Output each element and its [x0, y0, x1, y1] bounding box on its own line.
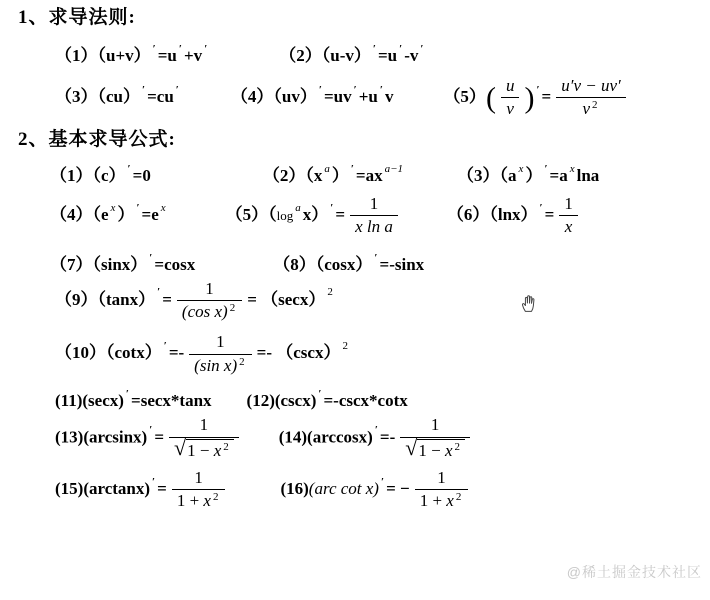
math-text: lna: [577, 166, 600, 185]
superscript: ′: [136, 202, 139, 214]
math-text: =-: [380, 427, 395, 446]
superscript: ′: [149, 424, 152, 436]
superscript: ′: [128, 163, 131, 175]
formula-row: （10）（cotx）′=-1(sin x)2=- （cscx）2: [0, 332, 710, 376]
math-text: x: [445, 441, 453, 460]
math-text: =: [335, 205, 345, 224]
math-text: +v: [184, 46, 202, 65]
formula-2-2: （2）（xa）′=axa−1: [263, 161, 405, 186]
math-text: log: [277, 208, 294, 223]
math-text: （2）（x: [263, 166, 323, 185]
fraction: 11 + x2: [415, 468, 469, 512]
superscript: ′: [375, 424, 378, 436]
math-text: =cosx: [154, 255, 195, 274]
math-text: （1）（u+v）: [55, 46, 151, 65]
math-text: (cos x): [182, 302, 228, 321]
superscript: ′: [149, 252, 152, 264]
superscript: ′: [152, 476, 155, 488]
superscript: 2: [239, 356, 245, 368]
superscript: ′: [126, 388, 129, 400]
formula-2-10: （10）（cotx）′=-1(sin x)2=- （cscx）2: [55, 332, 350, 376]
fraction: 1(cos x)2: [177, 279, 242, 323]
superscript: ′: [373, 43, 376, 55]
math-text: u′v − uv′: [561, 76, 621, 95]
math-text: =: [157, 479, 167, 498]
superscript: 2: [230, 302, 236, 314]
formula-2-13: (13)(arcsinx)′=1√1 − x2: [55, 415, 244, 462]
math-text: （9）（tanx）: [55, 289, 155, 308]
fraction: u′v − uv′v2: [556, 76, 626, 120]
math-text: 1: [564, 194, 573, 213]
math-text: =: [154, 427, 164, 446]
superscript: ′: [380, 84, 383, 96]
radical-sign-icon: √: [174, 437, 186, 459]
math-text: =0: [133, 166, 151, 185]
formula-1-1: （1）（u+v）′=u′+v′: [55, 41, 209, 66]
superscript: ′: [330, 202, 333, 214]
math-text: x: [214, 441, 222, 460]
math-text: 1: [216, 332, 225, 351]
superscript: ′: [354, 84, 357, 96]
superscript: x: [519, 163, 524, 175]
formula-2-4: （4）（ex）′=ex: [50, 200, 168, 225]
math-text: (14)(arccosx): [279, 427, 373, 446]
math-text: 1 −: [187, 441, 214, 460]
math-text: (12)(cscx): [247, 391, 317, 410]
section-2-title: 2、基本求导公式:: [18, 124, 710, 151]
formula-row: （7）（sinx）′=cosx（8）（cosx）′=-sinx: [0, 250, 710, 275]
math-text: =e: [142, 205, 159, 224]
superscript: x: [111, 202, 116, 214]
radical-sign-icon: √: [405, 437, 417, 459]
math-text: (15)(arctanx): [55, 479, 150, 498]
formula-row: (11)(secx)′=secx*tanx(12)(cscx)′=-cscx*c…: [0, 388, 710, 411]
math-text: +u: [359, 87, 378, 106]
formula-1-2: （2）（u-v）′=u′-v′: [279, 41, 425, 66]
math-text: 1: [200, 415, 209, 434]
math-text: =secx*tanx: [131, 391, 212, 410]
derivative-notes-page: 1、求导法则: （1）（u+v）′=u′+v′（2）（u-v）′=u′-v′（3…: [0, 0, 710, 600]
math-text: =uv: [324, 87, 352, 106]
math-text: (13)(arcsinx): [55, 427, 147, 446]
math-text: u: [506, 76, 515, 95]
superscript: ′: [319, 84, 322, 96]
section-1-title: 1、求导法则:: [18, 2, 710, 29]
formula-1-4: （4）（uv）′=uv′+u′v: [231, 82, 394, 107]
superscript: ′: [164, 340, 167, 352]
sqrt-radical: √1 − x2: [174, 439, 234, 461]
watermark: @稀土掘金技术社区: [567, 562, 702, 582]
math-text: x: [565, 217, 573, 236]
math-text: （5）: [443, 87, 486, 106]
math-text: 1 +: [177, 491, 204, 510]
grab-hand-cursor-icon: [519, 292, 539, 314]
formula-row: （3）（cu）′=cu′（4）（uv）′=uv′+u′v（5）(uv)′=u′v…: [0, 76, 710, 120]
math-text: (: [486, 81, 496, 114]
math-text: = −: [386, 479, 410, 498]
math-text: =a: [550, 166, 568, 185]
math-text: ）: [117, 205, 134, 224]
math-text: v: [582, 99, 590, 118]
superscript: 2: [456, 491, 462, 503]
superscript: x: [161, 202, 166, 214]
superscript: ′: [351, 163, 354, 175]
superscript: a: [295, 202, 301, 214]
math-text: v: [506, 99, 514, 118]
superscript: ′: [374, 252, 377, 264]
superscript: x: [570, 163, 575, 175]
formula-row: （1）（c）′=0（2）（xa）′=axa−1（3）（ax）′=axlna: [0, 161, 710, 186]
math-text: x ln a: [355, 217, 393, 236]
math-text: （6）（lnx）: [447, 205, 538, 224]
fraction: 1x: [559, 194, 578, 238]
fraction: 1x ln a: [350, 194, 398, 238]
formula-2-5: （5）（logax）′=1x ln a: [226, 194, 403, 238]
math-text: =-: [169, 343, 184, 362]
sqrt-radical: √1 − x2: [405, 439, 465, 461]
math-text: v: [385, 87, 394, 106]
superscript: ′: [540, 202, 543, 214]
superscript: ′: [399, 43, 402, 55]
math-text: ）: [525, 166, 542, 185]
math-text: 1 +: [420, 491, 447, 510]
formula-row: （9）（tanx）′=1(cos x)2= （secx）2: [0, 279, 710, 323]
math-text: （3）（a: [457, 166, 517, 185]
formula-2-16: (16)(arc cot x)′= −11 + x2: [280, 468, 473, 512]
formula-1-5: （5）(uv)′=u′v − uv′v2: [443, 76, 630, 120]
superscript: 2: [592, 99, 598, 111]
superscript: ′: [381, 476, 384, 488]
superscript: 2: [455, 441, 461, 453]
superscript: ′: [142, 84, 145, 96]
superscript: 2: [342, 340, 348, 352]
superscript: 2: [327, 286, 333, 298]
formula-2-6: （6）（lnx）′=1x: [447, 194, 583, 238]
fraction: 11 + x2: [172, 468, 226, 512]
formula-2-15: (15)(arctanx)′=11 + x2: [55, 468, 230, 512]
superscript: 2: [223, 441, 229, 453]
math-text: （2）（u-v）: [279, 46, 371, 65]
math-text: (16): [280, 479, 308, 498]
fraction: 1√1 − x2: [169, 415, 239, 462]
fraction: uv: [501, 76, 520, 120]
math-text: (11)(secx): [55, 391, 124, 410]
superscript: ′: [157, 286, 160, 298]
math-text: -v: [404, 46, 418, 65]
superscript: ′: [318, 388, 321, 400]
math-text: （4）（uv）: [231, 87, 317, 106]
superscript: ′: [176, 84, 179, 96]
math-text: （5）（: [226, 205, 277, 224]
math-text: =: [162, 289, 172, 308]
superscript: 2: [213, 491, 219, 503]
math-text: 1: [437, 468, 446, 487]
math-text: x）: [303, 205, 329, 224]
fraction: 1√1 − x2: [400, 415, 470, 462]
formula-2-14: (14)(arccosx)′=-1√1 − x2: [279, 415, 475, 462]
section-1-formulas: （1）（u+v）′=u′+v′（2）（u-v）′=u′-v′（3）（cu）′=c…: [0, 41, 710, 120]
math-text: 1 −: [418, 441, 445, 460]
math-text: =cu: [147, 87, 174, 106]
math-text: （4）（e: [50, 205, 109, 224]
math-text: =-sinx: [380, 255, 425, 274]
math-text: =- （cscx）: [257, 343, 341, 362]
math-text: 1: [431, 415, 440, 434]
math-text: （7）（sinx）: [50, 255, 147, 274]
superscript: ′: [420, 43, 423, 55]
superscript: a: [324, 163, 330, 175]
superscript: ′: [179, 43, 182, 55]
math-text: x: [203, 491, 211, 510]
formula-1-3: （3）（cu）′=cu′: [55, 82, 181, 107]
math-text: =u: [378, 46, 397, 65]
formula-2-11: (11)(secx)′=secx*tanx: [55, 388, 212, 411]
math-text: =: [542, 87, 552, 106]
section-2-formulas: （1）（c）′=0（2）（xa）′=axa−1（3）（ax）′=axlna（4）…: [0, 161, 710, 512]
math-text: （8）（cosx）: [273, 255, 372, 274]
section-derivative-rules: 1、求导法则: （1）（u+v）′=u′+v′（2）（u-v）′=u′-v′（3…: [0, 2, 710, 120]
math-text: （3）（cu）: [55, 87, 140, 106]
math-text: （1）（c）: [50, 166, 126, 185]
math-text: =-cscx*cotx: [323, 391, 407, 410]
math-text: =ax: [356, 166, 383, 185]
section-basic-formulas: 2、基本求导公式: （1）（c）′=0（2）（xa）′=axa−1（3）（ax）…: [0, 124, 710, 512]
superscript: ′: [544, 163, 547, 175]
superscript: ′: [536, 84, 539, 96]
formula-2-12: (12)(cscx)′=-cscx*cotx: [247, 388, 408, 411]
formula-2-7: （7）（sinx）′=cosx: [50, 250, 195, 275]
fraction: 1(sin x)2: [189, 332, 251, 376]
math-text: ): [524, 81, 534, 114]
math-text: =: [545, 205, 555, 224]
superscript: ′: [153, 43, 156, 55]
math-text: (sin x): [194, 356, 237, 375]
superscript: a−1: [385, 163, 403, 175]
math-text: 1: [194, 468, 203, 487]
formula-row: (13)(arcsinx)′=1√1 − x2(14)(arccosx)′=-1…: [0, 415, 710, 462]
math-text: （10）（cotx）: [55, 343, 162, 362]
formula-2-1: （1）（c）′=0: [50, 161, 151, 186]
math-text: = （secx）: [247, 289, 325, 308]
math-text: x: [446, 491, 454, 510]
superscript: ′: [204, 43, 207, 55]
formula-2-8: （8）（cosx）′=-sinx: [273, 250, 424, 275]
math-text: 1: [370, 194, 379, 213]
math-text: 1: [205, 279, 214, 298]
formula-row: （1）（u+v）′=u′+v′（2）（u-v）′=u′-v′: [0, 41, 710, 66]
formula-row: （4）（ex）′=ex（5）（logax）′=1x ln a（6）（lnx）′=…: [0, 194, 710, 238]
math-text: (arc cot x): [309, 479, 379, 498]
math-text: ）: [332, 166, 349, 185]
formula-row: (15)(arctanx)′=11 + x2(16)(arc cot x)′= …: [0, 468, 710, 512]
formula-2-9: （9）（tanx）′=1(cos x)2= （secx）2: [55, 279, 335, 323]
formula-2-3: （3）（ax）′=axlna: [457, 161, 599, 186]
math-text: =u: [158, 46, 177, 65]
